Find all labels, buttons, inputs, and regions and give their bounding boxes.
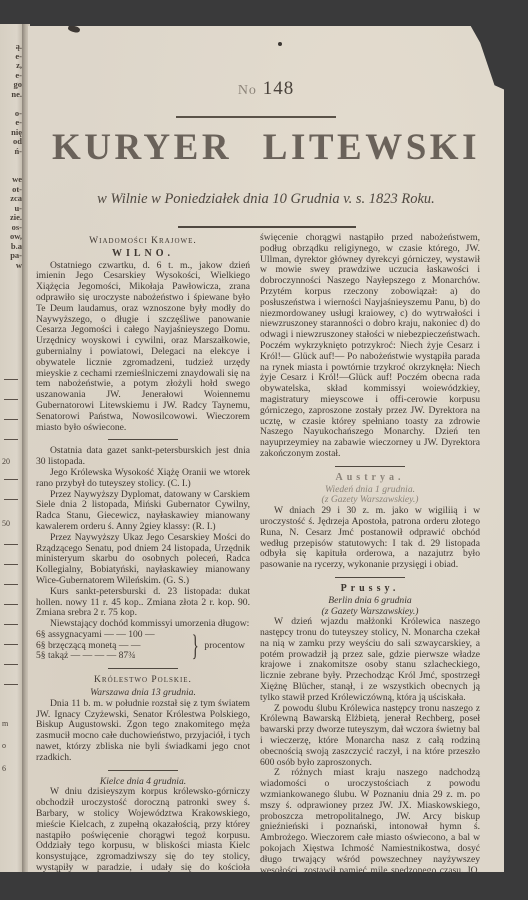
issue-prefix: No: [238, 83, 257, 98]
article-paragraph: W dniach 29 i 30 z. m. jako w wigiliią i…: [260, 506, 480, 571]
previous-page-strip: ą. e- z, e- go ne. o- e- nię od ń- we ot…: [0, 24, 24, 872]
ink-stain: [67, 25, 80, 34]
scan-background-top: [0, 0, 528, 24]
debt-table-row: 5§ takąż — — — — 87¾: [36, 651, 186, 662]
article-paragraph: Przez Naywyższy Ukaz Jego Cesarskiey Moś…: [36, 533, 250, 587]
newspaper-page: No 148 KURYER LITEWSKI w Wilnie w Ponied…: [28, 26, 504, 872]
divider: [335, 577, 405, 578]
divider: [108, 668, 178, 669]
article-paragraph: Przez Naywyższy Dyplomat, datowany w Car…: [36, 490, 250, 533]
masthead-dateline: w Wilnie w Poniedziałek dnia 10 Grudnia …: [28, 191, 504, 208]
previous-page-table-strip: 20 50 m o 6: [0, 369, 23, 794]
issue-number: No 148: [28, 78, 504, 100]
previous-page-text-fragment: ą. e- z, e- go ne. o- e- nię od ń- we ot…: [10, 42, 22, 270]
previous-page-number: m: [2, 719, 8, 728]
article-paragraph: Ostatnia data gazet sankt-petersburskich…: [36, 446, 250, 468]
ink-stain: [278, 42, 282, 46]
scan-background-bottom: [0, 872, 528, 900]
divider: [108, 770, 178, 771]
article-paragraph: W dzień wjazdu małżonki Królewica naszeg…: [260, 617, 480, 703]
debt-table-label: procentow: [204, 641, 245, 652]
previous-page-number: 20: [2, 457, 10, 466]
section-heading: Wiadomości Krajowe.: [36, 236, 250, 247]
masthead-title: KURYER LITEWSKI: [28, 126, 504, 169]
article-paragraph: Kurs sankt-petersburski d. 23 listopada:…: [36, 587, 250, 619]
previous-page-number: 6: [2, 764, 6, 773]
previous-page-number: 50: [2, 519, 10, 528]
previous-page-number: o: [2, 741, 6, 750]
issue-number-value: 148: [263, 78, 295, 99]
section-heading: Austrya.: [260, 473, 480, 484]
right-column: święcenie chorągwi nastąpiło przed naboż…: [260, 233, 480, 898]
article-paragraph: Dnia 11 b. m. w południe rozstał się z t…: [36, 699, 250, 764]
section-heading: Królestwo Polskie.: [36, 675, 250, 686]
divider: [178, 226, 356, 228]
divider: [335, 466, 405, 467]
left-column: Wiadomości Krajowe. WILNO. Ostatniego cz…: [36, 233, 250, 900]
article-dateline: Berlin dnia 6 grudnia: [260, 596, 480, 607]
city-heading: WILNO.: [36, 249, 250, 260]
article-paragraph: Jego Królewska Wysokość Xiążę Oranii we …: [36, 468, 250, 490]
article-paragraph: Z powodu ślubu Królewica następcy tronu …: [260, 704, 480, 769]
section-heading: Prussy.: [260, 584, 480, 595]
article-paragraph: Ostatniego czwartku, d. 6 t. m., jakow d…: [36, 261, 250, 434]
divider: [108, 439, 178, 440]
brace: }: [192, 631, 199, 661]
debt-table: 6§ assygnacyami — — 100 — 6§ brzęczącą m…: [36, 630, 250, 662]
article-paragraph: święcenie chorągwi nastąpiło przed naboż…: [260, 233, 480, 460]
divider: [176, 116, 336, 118]
